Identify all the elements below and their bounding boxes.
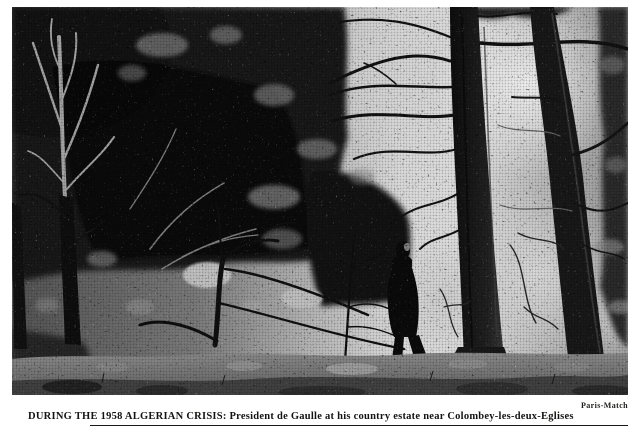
photo-credit: Paris-Match (581, 401, 628, 410)
newspaper-clipping: Paris-Match DURING THE 1958 ALGERIAN CRI… (0, 0, 640, 434)
caption-underline (90, 425, 628, 426)
photo-caption: DURING THE 1958 ALGERIAN CRISIS: Preside… (28, 411, 628, 422)
photo-illustration (12, 7, 628, 395)
photo-frame (12, 7, 628, 395)
grain-light (12, 7, 628, 395)
